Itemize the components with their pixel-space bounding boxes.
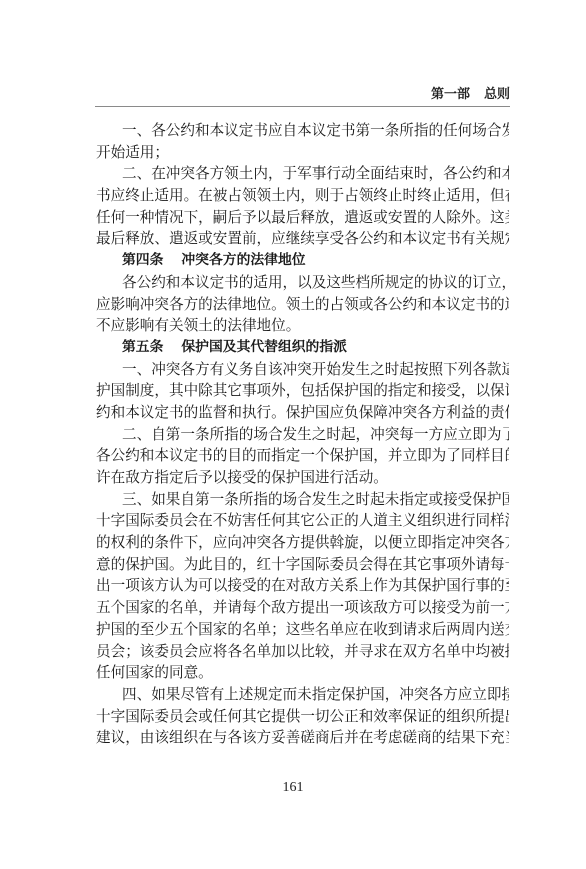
- text-line: 任何国家的同意。: [96, 662, 509, 684]
- text-line: 意的保护国。为此目的，红十字国际委员会得在其它事项外请每一方提: [96, 554, 509, 576]
- text-line: 书应终止适用。在被占领领土内，则于占领终止时终止适用，但在上述: [96, 185, 509, 207]
- text-line: 约和本议定书的监督和执行。保护国应负保障冲突各方利益的责任。: [96, 402, 509, 424]
- text-line: 二、在冲突各方领土内，于军事行动全面结束时，各公约和本议定: [96, 163, 509, 185]
- text-line: 护国制度，其中除其它事项外，包括保护国的指定和接受，以保证各公: [96, 380, 509, 402]
- article-heading: 第五条保护国及其代替组织的指派: [96, 337, 509, 359]
- text-line: 各公约和本议定书的适用，以及这些档所规定的协议的订立，均不: [96, 272, 509, 294]
- header-part-label: 第一部: [431, 87, 470, 102]
- article-title: 冲突各方的法律地位: [181, 252, 305, 268]
- page-number: 161: [0, 780, 586, 796]
- text-line: 护国的至少五个国家的名单；这些名单应在收到请求后两周内送交该委: [96, 619, 509, 641]
- running-header: 第一部总则: [95, 86, 510, 106]
- text-line: 各公约和本议定书的目的而指定一个保护国，并立即为了同样目的而准: [96, 445, 509, 467]
- article-title: 保护国及其代替组织的指派: [181, 339, 347, 355]
- text-line: 最后释放、遣返或安置前，应继续享受各公约和本议定书有关规定的利益。: [96, 228, 509, 250]
- text-line: 许在敌方指定后予以接受的保护国进行活动。: [96, 467, 509, 489]
- text-line: 不应影响有关领土的法律地位。: [96, 315, 509, 337]
- text-line: 十字国际委员会或任何其它提供一切公正和效率保证的组织所提出的: [96, 706, 509, 728]
- text-line: 三、如果自第一条所指的场合发生之时起未指定或接受保护国，红: [96, 489, 509, 511]
- text-line: 一、冲突各方有义务自该冲突开始发生之时起按照下列各款适用保: [96, 359, 509, 381]
- text-line: 建议，由该组织在与各该方妥善磋商后并在考虑磋商的结果下充当代替: [96, 727, 509, 749]
- header-divider: [95, 106, 510, 107]
- article-number: 第四条: [122, 252, 163, 268]
- document-page: 第一部总则 一、各公约和本议定书应自本议定书第一条所指的任何场合发生时开始适用；…: [0, 0, 586, 869]
- text-line: 开始适用；: [96, 142, 509, 164]
- text-line: 一、各公约和本议定书应自本议定书第一条所指的任何场合发生时: [96, 120, 509, 142]
- header-section-label: 总则: [484, 87, 510, 102]
- text-line: 四、如果尽管有上述规定而未指定保护国，冲突各方应立即接受红: [96, 684, 509, 706]
- text-line: 员会；该委员会应将各名单加以比较，并寻求在双方名单中均被提名的: [96, 641, 509, 663]
- text-line: 十字国际委员会在不妨害任何其它公正的人道主义组织进行同样活动: [96, 510, 509, 532]
- article-heading: 第四条冲突各方的法律地位: [96, 250, 509, 272]
- body-text: 一、各公约和本议定书应自本议定书第一条所指的任何场合发生时开始适用；二、在冲突各…: [96, 120, 509, 749]
- article-number: 第五条: [122, 339, 163, 355]
- text-line: 出一项该方认为可以接受的在对敌方关系上作为其保护国行事的至少: [96, 575, 509, 597]
- text-line: 的权利的条件下，应向冲突各方提供斡旋，以便立即指定冲突各方所同: [96, 532, 509, 554]
- text-line: 任何一种情况下，嗣后予以最后释放，遣返或安置的人除外。这类人在: [96, 207, 509, 229]
- text-line: 二、自第一条所指的场合发生之时起，冲突每一方应立即为了适用: [96, 424, 509, 446]
- text-line: 五个国家的名单，并请每个敌方提出一项该敌方可以接受为前一方的保: [96, 597, 509, 619]
- text-line: 应影响冲突各方的法律地位。领土的占领或各公约和本议定书的适用均: [96, 294, 509, 316]
